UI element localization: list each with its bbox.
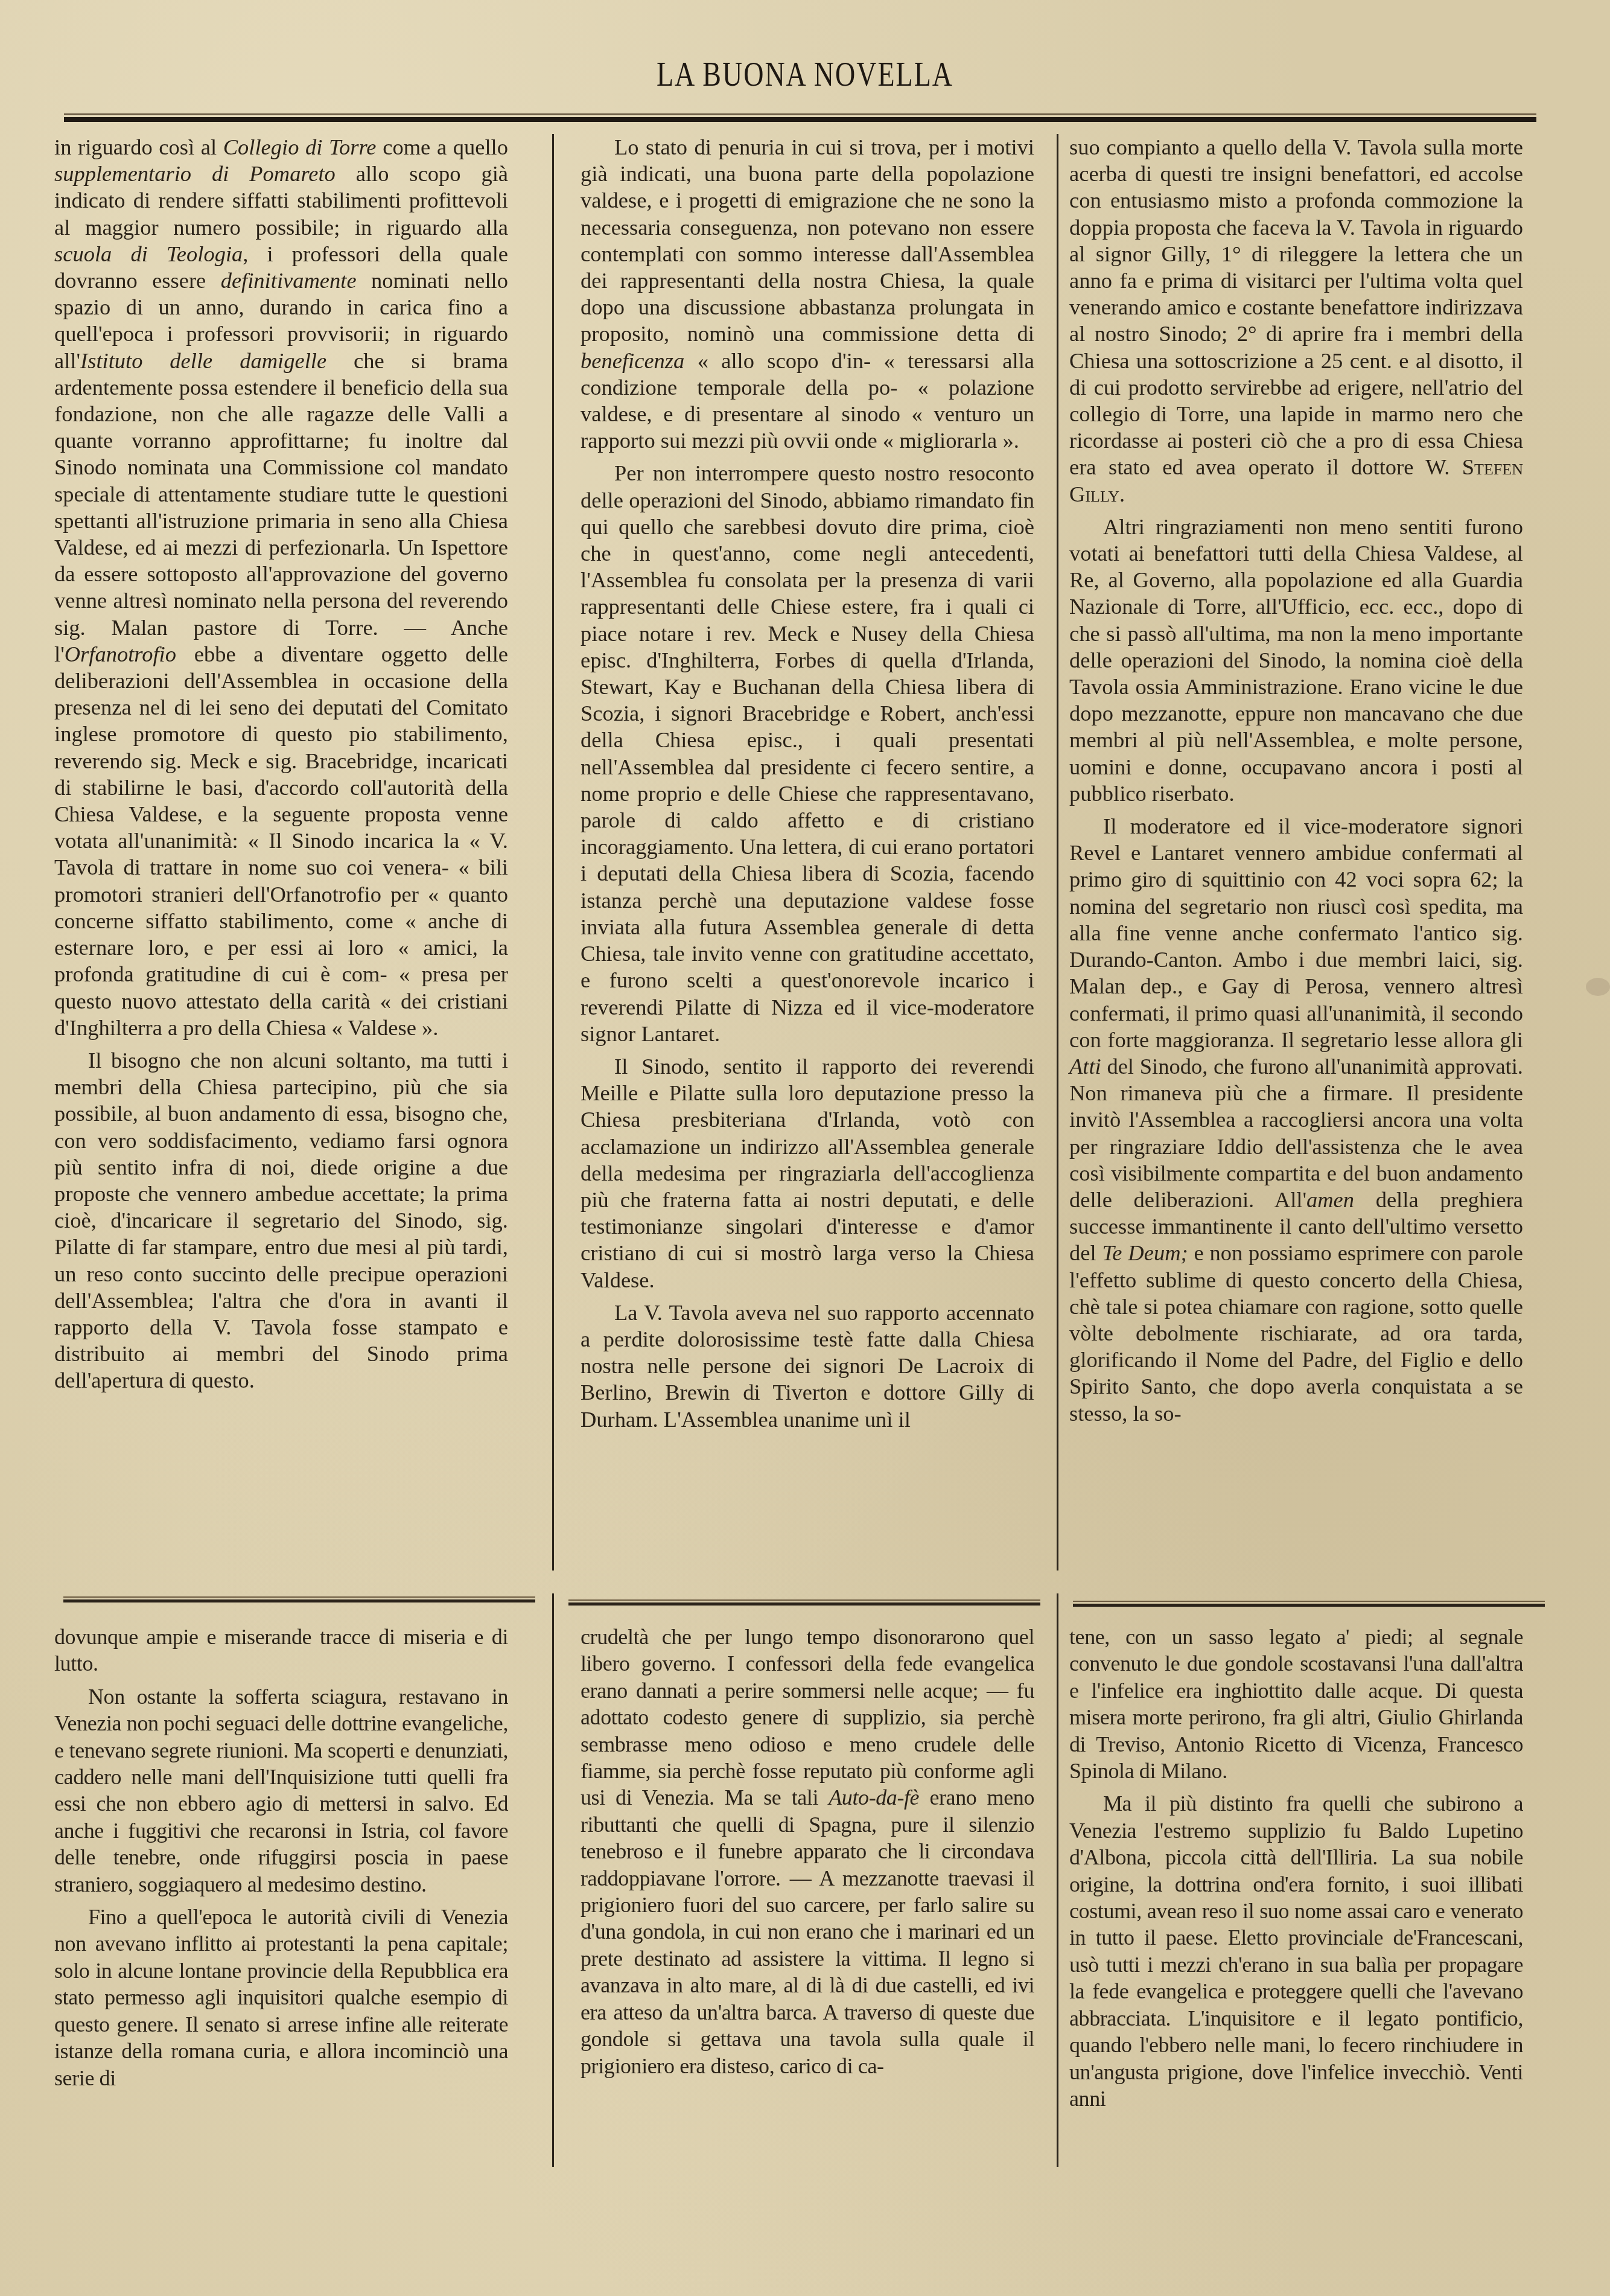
text-run: .	[1119, 482, 1125, 506]
paragraph: Fino a quell'epoca le autorità civili di…	[54, 1904, 508, 2091]
paragraph: Il bisogno che non alcuni soltanto, ma t…	[54, 1047, 508, 1394]
rule-thick-line	[64, 117, 1536, 122]
newspaper-title: LA BUONA NOVELLA	[0, 54, 1610, 94]
text-run: ebbe a diventare oggetto delle deliberaz…	[54, 642, 508, 1040]
paragraph: Il moderatore ed il vice-moderatore sign…	[1069, 813, 1523, 1427]
italic-text: amen	[1306, 1187, 1354, 1212]
paragraph: in riguardo così al Collegio di Torre co…	[54, 134, 508, 1041]
feuilleton-column-2: crudeltà che per lungo tempo disonoraron…	[581, 1624, 1034, 2085]
article-column-3: suo compianto a quello della V. Tavola s…	[1069, 134, 1523, 1433]
text-run: crudeltà che per lungo tempo disonoraron…	[581, 1625, 1034, 1810]
feuilleton-column-3: tene, con un sasso legato a' piedi; al s…	[1069, 1624, 1523, 2118]
paragraph: tene, con un sasso legato a' piedi; al s…	[1069, 1624, 1523, 1784]
text-run: erano meno ributtanti che quelli di Spag…	[581, 1785, 1034, 2078]
paragraph: Per non interrompere questo nostro resoc…	[581, 460, 1034, 1047]
feuilleton-column-1: dovunque ampie e miserande tracce di mis…	[54, 1624, 508, 2097]
feuilleton-separator	[63, 1596, 535, 1602]
text-run: Il Sinodo, sentito il rapporto dei rever…	[581, 1054, 1034, 1292]
italic-text: Istituto delle damigelle	[80, 348, 326, 373]
text-run: Non ostante la sofferta sciagura, restav…	[54, 1685, 508, 1896]
italic-text: Te Deum;	[1102, 1240, 1188, 1265]
paragraph: crudeltà che per lungo tempo disonoraron…	[581, 1624, 1034, 2079]
text-run: La V. Tavola aveva nel suo rapporto acce…	[581, 1300, 1034, 1432]
text-run: Per non interrompere questo nostro resoc…	[581, 461, 1034, 1045]
italic-text: supplementario di Pomareto	[54, 161, 336, 186]
masthead: LA BUONA NOVELLA	[0, 0, 1610, 121]
column-divider	[552, 134, 554, 1571]
text-run: e non possiamo esprimere con parole l'ef…	[1069, 1240, 1523, 1425]
italic-text: Atti	[1069, 1054, 1101, 1079]
italic-text: Collegio di Torre	[223, 135, 377, 159]
main-article-section: in riguardo così al Collegio di Torre co…	[54, 134, 1563, 1571]
paper-stain	[1586, 978, 1610, 996]
text-run: in riguardo così al	[54, 135, 223, 159]
text-run: Il bisogno che non alcuni soltanto, ma t…	[54, 1048, 508, 1392]
paragraph: suo compianto a quello della V. Tavola s…	[1069, 134, 1523, 508]
paragraph: Altri ringraziamenti non meno sentiti fu…	[1069, 514, 1523, 807]
text-run: Il moderatore ed il vice-moderatore sign…	[1069, 814, 1523, 1052]
italic-text: Auto-da-fè	[829, 1785, 919, 1810]
paragraph: Il Sinodo, sentito il rapporto dei rever…	[581, 1053, 1034, 1293]
text-run: Altri ringraziamenti non meno sentiti fu…	[1069, 514, 1523, 806]
paragraph: Ma il più distinto fra quelli che subiro…	[1069, 1790, 1523, 2112]
text-run: tene, con un sasso legato a' piedi; al s…	[1069, 1625, 1523, 1783]
italic-text: beneficenza	[581, 348, 684, 373]
text-run: dovunque ampie e miserande tracce di mis…	[54, 1625, 508, 1676]
column-divider	[1057, 134, 1058, 1571]
paragraph: dovunque ampie e miserande tracce di mis…	[54, 1624, 508, 1677]
feuilleton-section: dovunque ampie e miserande tracce di mis…	[54, 1624, 1563, 2167]
text-run: suo compianto a quello della V. Tavola s…	[1069, 135, 1523, 479]
text-run: Lo stato di penuria in cui si trova, per…	[581, 135, 1034, 346]
feuilleton-separator	[1073, 1601, 1545, 1607]
masthead-double-rule	[64, 113, 1536, 122]
article-column-1: in riguardo così al Collegio di Torre co…	[54, 134, 508, 1400]
italic-text: scuola di Teologia	[54, 241, 243, 266]
italic-text: definitivamente	[221, 268, 357, 293]
italic-text: Orfanotrofio	[65, 642, 176, 666]
text-run: che si brama ardentemente possa estender…	[54, 348, 508, 666]
article-column-2: Lo stato di penuria in cui si trova, per…	[581, 134, 1034, 1439]
text-run: Ma il più distinto fra quelli che subiro…	[1069, 1791, 1523, 2110]
paragraph: Non ostante la sofferta sciagura, restav…	[54, 1683, 508, 1898]
paragraph: Lo stato di penuria in cui si trova, per…	[581, 134, 1034, 454]
text-run: Fino a quell'epoca le autorità civili di…	[54, 1905, 508, 2090]
feuilleton-separator	[568, 1599, 1040, 1606]
rule-thin-line	[64, 113, 1536, 115]
text-run: come a quello	[377, 135, 508, 159]
paragraph: La V. Tavola aveva nel suo rapporto acce…	[581, 1299, 1034, 1433]
